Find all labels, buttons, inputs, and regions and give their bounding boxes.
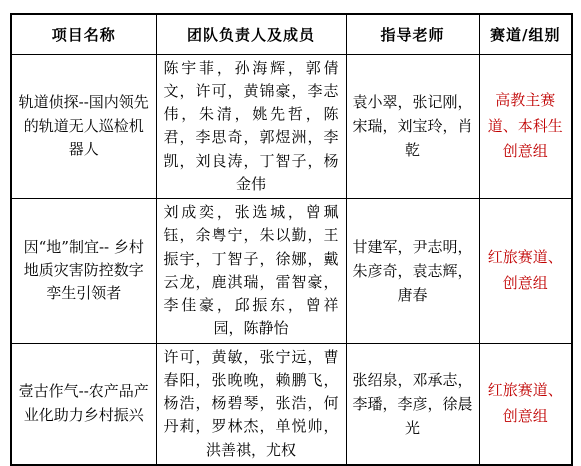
project-name-cell: 因“地”制宜-- 乡村地质灾害防控数字孪生引领者 [11,199,156,344]
teachers-cell: 甘建军，尹志明，朱彦奇，袁志辉，唐春 [346,199,479,344]
team-members-cell: 陈宇菲，孙海辉，郭倩文，许可，黄锦豪，李志伟，朱清，姚先哲，陈君，李思奇，郭煜洲… [156,54,346,199]
team-members-cell: 刘成奕，张选城，曾珮钰，余粤宁，朱以勤，王振宇，丁智子，徐娜，戴云龙，鹿淇瑞，雷… [156,199,346,344]
table-header-row: 项目名称 团队负责人及成员 指导老师 赛道/组别 [11,14,572,54]
project-name-cell: 壹古作气--农产品产业化助力乡村振兴 [11,343,156,465]
project-name-cell: 轨道侦探--国内领先的轨道无人巡检机器人 [11,54,156,199]
track-group-cell: 高教主赛道、本科生创意组 [479,54,572,199]
table-row: 因“地”制宜-- 乡村地质灾害防控数字孪生引领者 刘成奕，张选城，曾珮钰，余粤宁… [11,199,572,344]
team-members-cell: 许可，黄敏，张宁远，曹春阳，张晚晚，赖鹏飞，杨浩，杨碧琴，张浩，何丹莉，罗林杰，… [156,343,346,465]
teachers-cell: 张绍泉，邓承志，李璠，李彦，徐晨光 [346,343,479,465]
teachers-cell: 袁小翠，张记刚，宋瑞，刘宝玲，肖乾 [346,54,479,199]
table-row: 轨道侦探--国内领先的轨道无人巡检机器人 陈宇菲，孙海辉，郭倩文，许可，黄锦豪，… [11,54,572,199]
column-header-track: 赛道/组别 [479,14,572,54]
project-table: 项目名称 团队负责人及成员 指导老师 赛道/组别 轨道侦探--国内领先的轨道无人… [10,13,573,466]
column-header-project: 项目名称 [11,14,156,54]
track-group-cell: 红旅赛道、创意组 [479,343,572,465]
table-row: 壹古作气--农产品产业化助力乡村振兴 许可，黄敏，张宁远，曹春阳，张晚晚，赖鹏飞… [11,343,572,465]
track-group-cell: 红旅赛道、创意组 [479,199,572,344]
column-header-team: 团队负责人及成员 [156,14,346,54]
column-header-teachers: 指导老师 [346,14,479,54]
document-page: 项目名称 团队负责人及成员 指导老师 赛道/组别 轨道侦探--国内领先的轨道无人… [0,0,581,406]
